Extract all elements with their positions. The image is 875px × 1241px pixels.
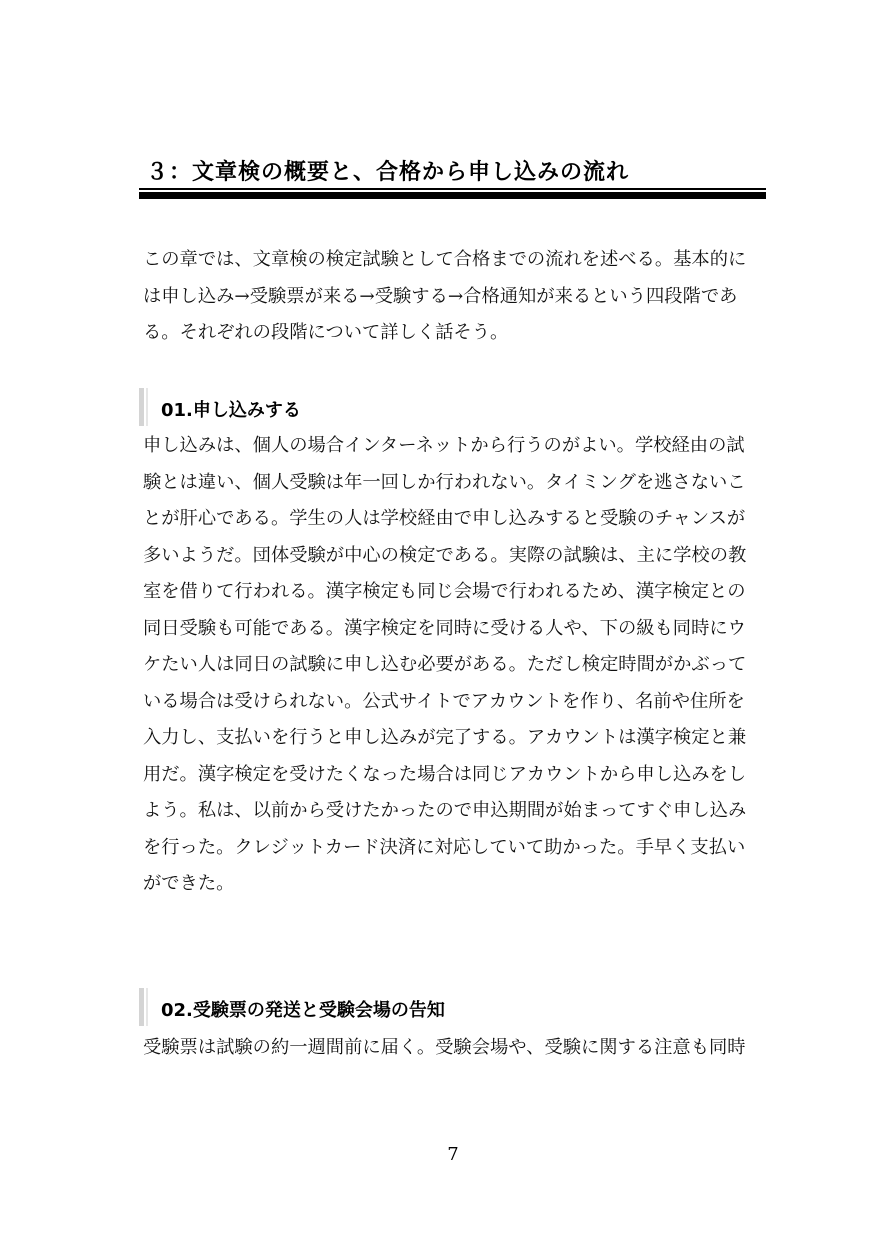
heading-accent-line (146, 388, 148, 426)
text-line: この章では、文章検の検定試験として合格までの流れを述べる。基本的に (143, 242, 769, 279)
text-line: 同日受験も可能である。漢字検定を同時に受ける人や、下の級も同時にウ (143, 611, 769, 648)
text-line: 受験票は試験の約一週間前に届く。受験会場や、受験に関する注意も同時 (143, 1030, 769, 1067)
section-01-paragraph: 申し込みは、個人の場合インターネットから行うのがよい。学校経由の試 験とは違い、… (143, 428, 769, 903)
document-page: ３：文章検の概要と、合格から申し込みの流れ この章では、文章検の検定試験として合… (0, 0, 875, 1241)
text-line: を行った。クレジットカード決済に対応していて助かった。手早く支払い (143, 830, 769, 867)
section-heading-01: 01.申し込みする (139, 388, 739, 426)
text-line: とが肝心である。学生の人は学校経由で申し込みすると受験のチャンスが (143, 501, 769, 538)
heading-accent-bar (139, 388, 144, 426)
heading-accent-line (146, 988, 148, 1026)
text-line: 多いようだ。団体受験が中心の検定である。実際の試験は、主に学校の教 (143, 538, 769, 575)
text-line: よう。私は、以前から受けたかったので申込期間が始まってすぐ申し込み (143, 793, 769, 830)
text-line: いる場合は受けられない。公式サイトでアカウントを作り、名前や住所を (143, 684, 769, 721)
section-heading-label: 02.受験票の発送と受験会場の告知 (161, 996, 445, 1022)
section-02-paragraph: 受験票は試験の約一週間前に届く。受験会場や、受験に関する注意も同時 (143, 1030, 769, 1067)
text-line: ができた。 (143, 866, 769, 903)
text-line: 室を借りて行われる。漢字検定も同じ会場で行われるため、漢字検定との (143, 574, 769, 611)
intro-paragraph: この章では、文章検の検定試験として合格までの流れを述べる。基本的に は申し込み→… (143, 242, 769, 352)
title-rule-thick (139, 192, 766, 199)
text-line: 申し込みは、個人の場合インターネットから行うのがよい。学校経由の試 (143, 428, 769, 465)
section-heading-label: 01.申し込みする (161, 396, 301, 422)
text-line: 用だ。漢字検定を受けたくなった場合は同じアカウントから申し込みをし (143, 757, 769, 794)
text-line: 験とは違い、個人受験は年一回しか行われない。タイミングを逃さないこ (143, 465, 769, 502)
chapter-title: ３：文章検の概要と、合格から申し込みの流れ (146, 155, 629, 186)
title-rule-thin (139, 188, 766, 190)
section-heading-02: 02.受験票の発送と受験会場の告知 (139, 988, 739, 1026)
page-number: 7 (0, 1144, 875, 1165)
text-line: る。それぞれの段階について詳しく話そう。 (143, 315, 769, 352)
text-line: ケたい人は同日の試験に申し込む必要がある。ただし検定時間がかぶって (143, 647, 769, 684)
text-line: 入力し、支払いを行うと申し込みが完了する。アカウントは漢字検定と兼 (143, 720, 769, 757)
text-line: は申し込み→受験票が来る→受験する→合格通知が来るという四段階であ (143, 279, 769, 316)
heading-accent-bar (139, 988, 144, 1026)
